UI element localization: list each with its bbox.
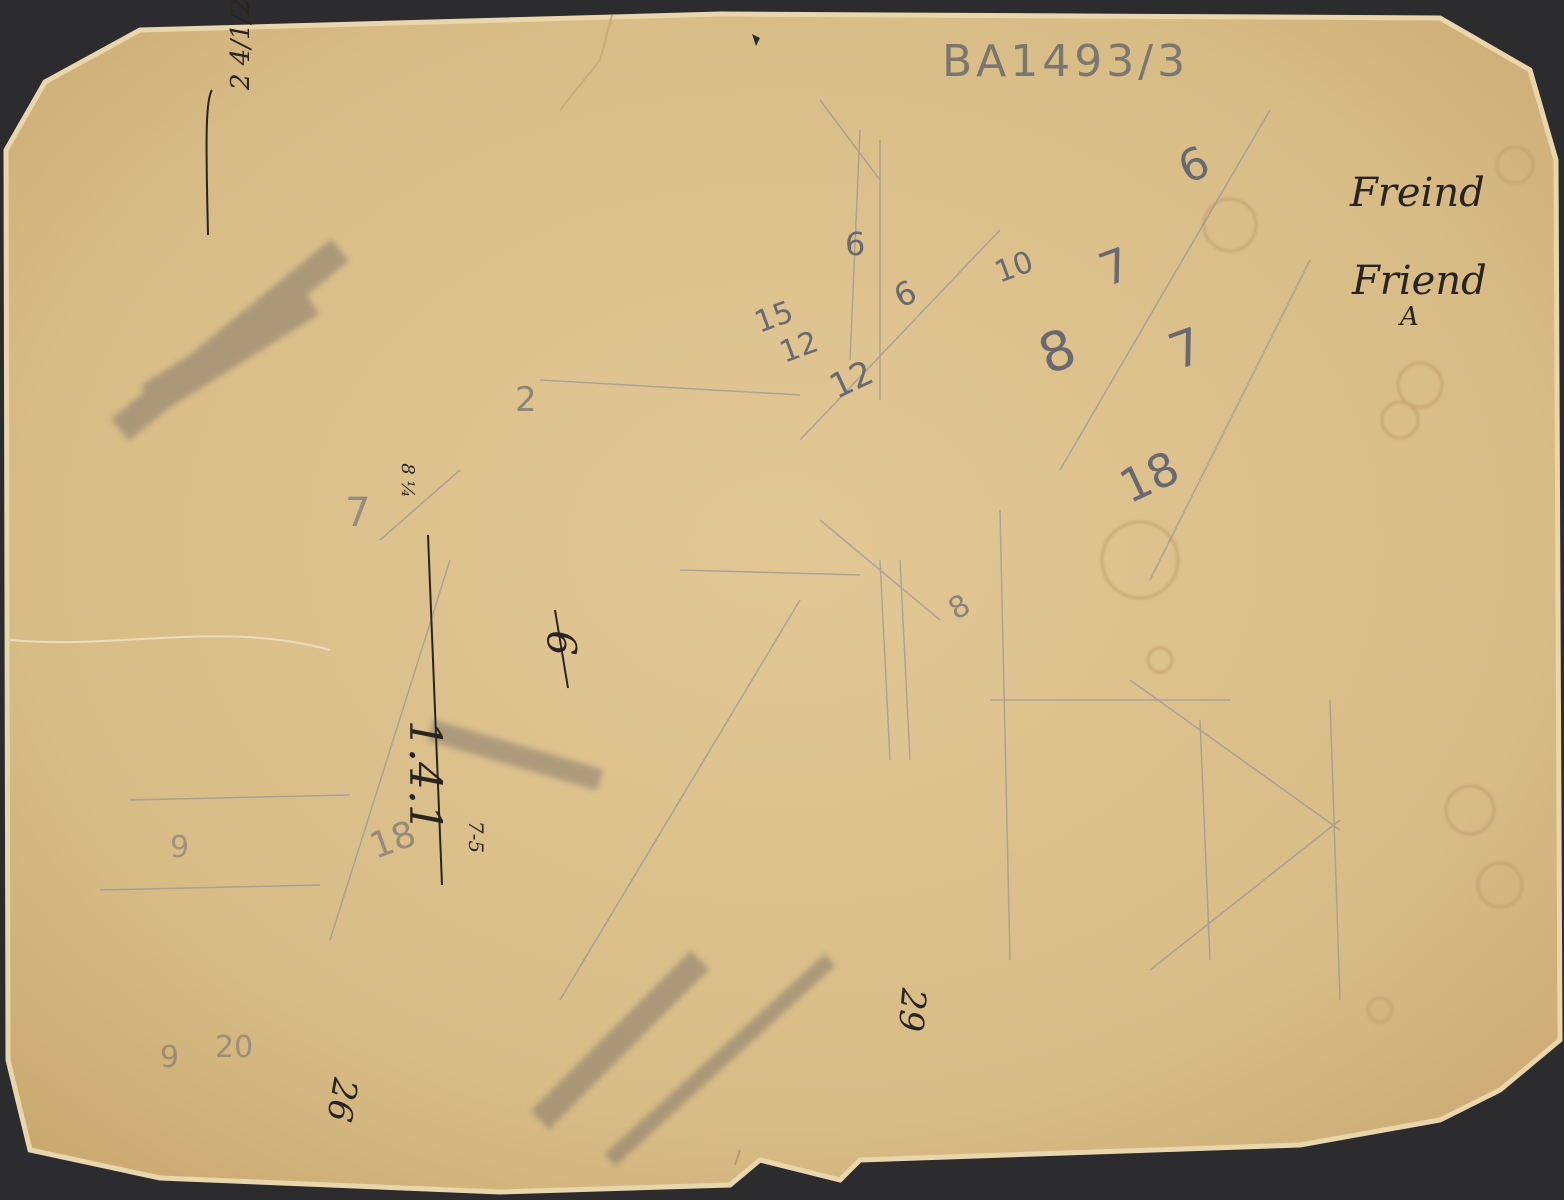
pencil-numeral: 20 <box>215 1030 253 1065</box>
card-artwork <box>0 0 1564 1200</box>
ink-numeral: 2 4/1/2 2/2 <box>226 0 256 90</box>
paper-card <box>6 14 1560 1192</box>
pencil-numeral: 2 <box>515 380 537 420</box>
pencil-numeral: 9 <box>170 830 189 865</box>
ink-numeral: 6 <box>538 630 584 655</box>
pencil-numeral: 7 <box>345 490 370 536</box>
pencil-numeral: 9 <box>160 1040 179 1075</box>
handwritten-word: Friend <box>1352 258 1487 304</box>
handwritten-word: Freind <box>1350 170 1485 216</box>
ink-numeral: 29 <box>890 987 934 1034</box>
ink-numeral: 26 <box>318 1075 365 1125</box>
pencil-numeral: 6 <box>845 225 865 263</box>
scanned-card: BA1493/3 Freind Friend A 2 4/1/2 2/2 8 ¼… <box>0 0 1564 1200</box>
reference-number: BA1493/3 <box>942 36 1189 87</box>
ink-numeral: 7-5 <box>464 821 488 853</box>
handwritten-letter: A <box>1400 302 1419 332</box>
ink-numeral: 8 ¼ <box>397 463 418 498</box>
